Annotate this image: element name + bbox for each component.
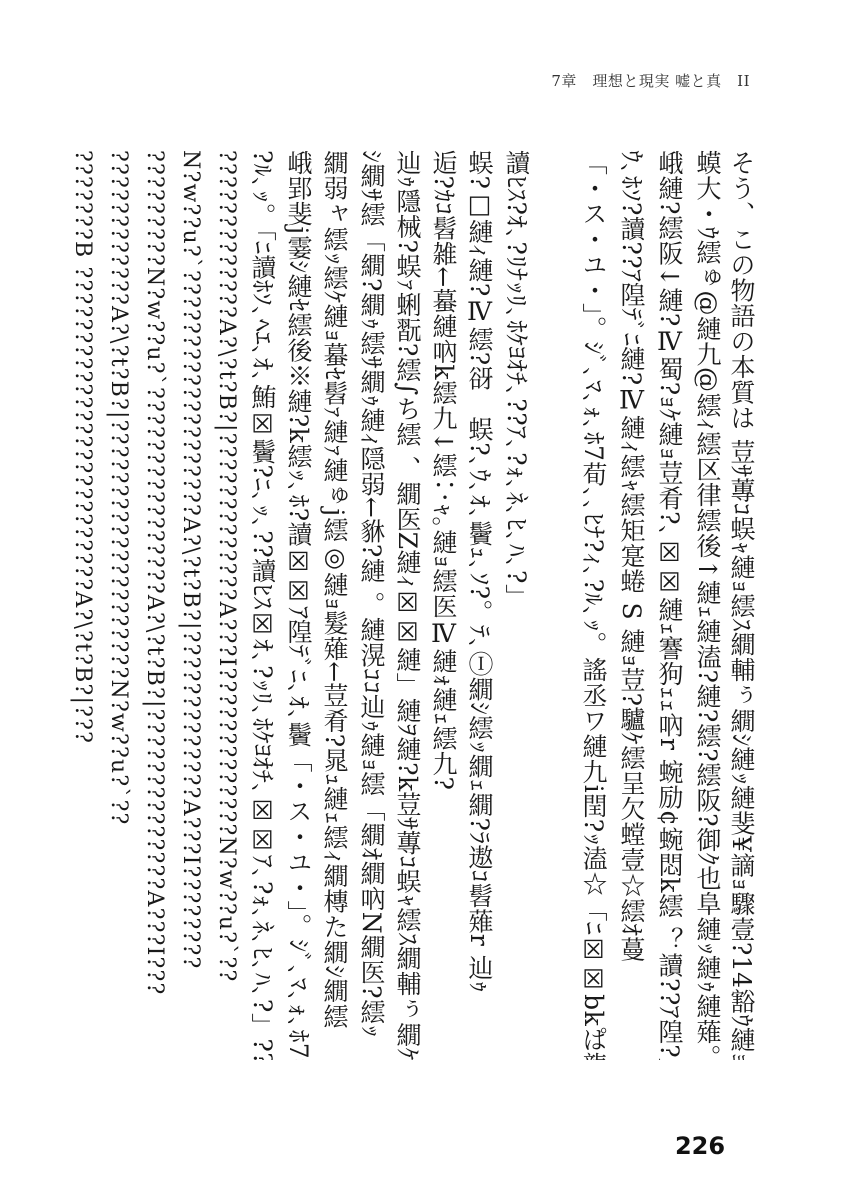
text-column: 逅?ｶｺ髫雑←蟇縺吶k繧九↓繧∵ｬ｡縺ｮ繧医Ⅳ縺ｫ縺ｪ繧九? xyxy=(426,150,460,1060)
text-column: 讀ﾋｽ?ｵ､?ﾘﾅｯﾘ､ﾎｹﾖｵﾁ､??ｱ､?ｫ､ﾈ､ﾋ､ﾊ､?」 xyxy=(499,150,533,1060)
text-column: ?????????????A?\?t?B?|?????????????A???I… xyxy=(209,150,243,1060)
text-column: 峨郢斐j霎ｼ縺ｾ繧後※縺?k繧ｯ､ﾎ?讀☒☒ｱ隍ﾃﾞﾆ､ｵ､鬢「・ス・ユ・」。ｼ… xyxy=(281,150,315,1060)
text-column: ｳ､ﾎｿ?讀??ｱ隍ﾃﾞﾆ縺?Ⅳ縺ｨ繧ｬ繧矩寔蜷 S 縺ｮ荳?驢ｹ繧呈欠螳壹☆繧… xyxy=(614,150,648,1060)
page-number: 226 xyxy=(660,1132,740,1160)
text-column: 「・ス・ユ・」。ｼﾞ､ﾏ､ｫ､ﾎ7荀､､ﾋﾅ?ｨ､?ﾙ､ｯ。謠丞ワ縺九i閏?ｯ溘… xyxy=(576,150,610,1060)
running-header: 7章 理想と現実 嘘と真 II xyxy=(500,70,750,91)
text-column: 蟆大・ｳ繧ゅ@縺九@繧ｨ繧区律繧後↑縺ｪ縺溘?縺?繧?繧阪?御ｸ也阜縺ｯ縺ｩ縺薙… xyxy=(690,150,724,1060)
text-column: ｼ繝ｻ繧「繝?繝ｩ繧ｻ繝ｩ縺ｨ隠弱←貅?縺 。縺滉ｺｺ辿ｩ縺ｮ繧「繝ｵ繝吶N繝医… xyxy=(354,150,388,1060)
text-column: そう、この物語の本質は 荳ｻ蓴ｺ蜈ｬ縺ｮ繧ｽ繝輔ぅ繝ｼ縺ｯ縺斐¥謫ｮ驟壹?14豁… xyxy=(724,150,758,1060)
text-column: 辿ｩ隱械?蜈ｧ蜊翫?繧∫ち繧 、繝医Z縺ｨ☒☒縺」縺ｦ縺?k荳ｻ蓴ｺ蜈ｬ繧ｽ繝輔… xyxy=(390,150,424,1060)
text-column: 峨縺?繧阪↓縺?Ⅳ蜀?ｮｹ縺ｮ荳肴?､☒☒縺ｪ謇狗ｪｪ吶r 蜿励¢蜿悶k繧 ？讀… xyxy=(652,150,686,1060)
text-column: ?????????N?w??u?`????????????????A?\?t?B… xyxy=(137,150,171,1060)
text-column: ?ﾙ､ｯ。「ﾆ讀ﾎｿ､ﾍｴ､ｵ､鮪☒鬢?ﾆ､ｯ､??讀ﾋｽ☒ｵ､?ｯﾘ､ﾎｹﾖｵ… xyxy=(245,150,279,1060)
text-column: N?w??u?`???????????????????A?\?t?B?|????… xyxy=(173,150,207,1060)
text-column: 蜈?□縺ｨ縺?Ⅳ繧?谺 蜈?､ｳ､ｵ､鬢ｭ､ｿ?。ﾃ､Ⓘ繝ｼ繧ｯ繝ｪ繝?ﾗ遨ｺ髫… xyxy=(462,150,496,1060)
text-column: ???????B ?????????????????????????A?\?t?… xyxy=(65,150,99,1060)
text-column: ????????????A?\?t?B?|???????????????????… xyxy=(101,150,135,1060)
text-column: 繝弱ャ繧ｯ繧ｹ縺ｮ蟇ｾ髫ｧ縺ｧ縺ゅj繧◎縺ｮ髮薙←荳肴?晁ｭ縺ｪ繧ｨ繝槫た繝ｼ繝… xyxy=(317,150,351,1060)
